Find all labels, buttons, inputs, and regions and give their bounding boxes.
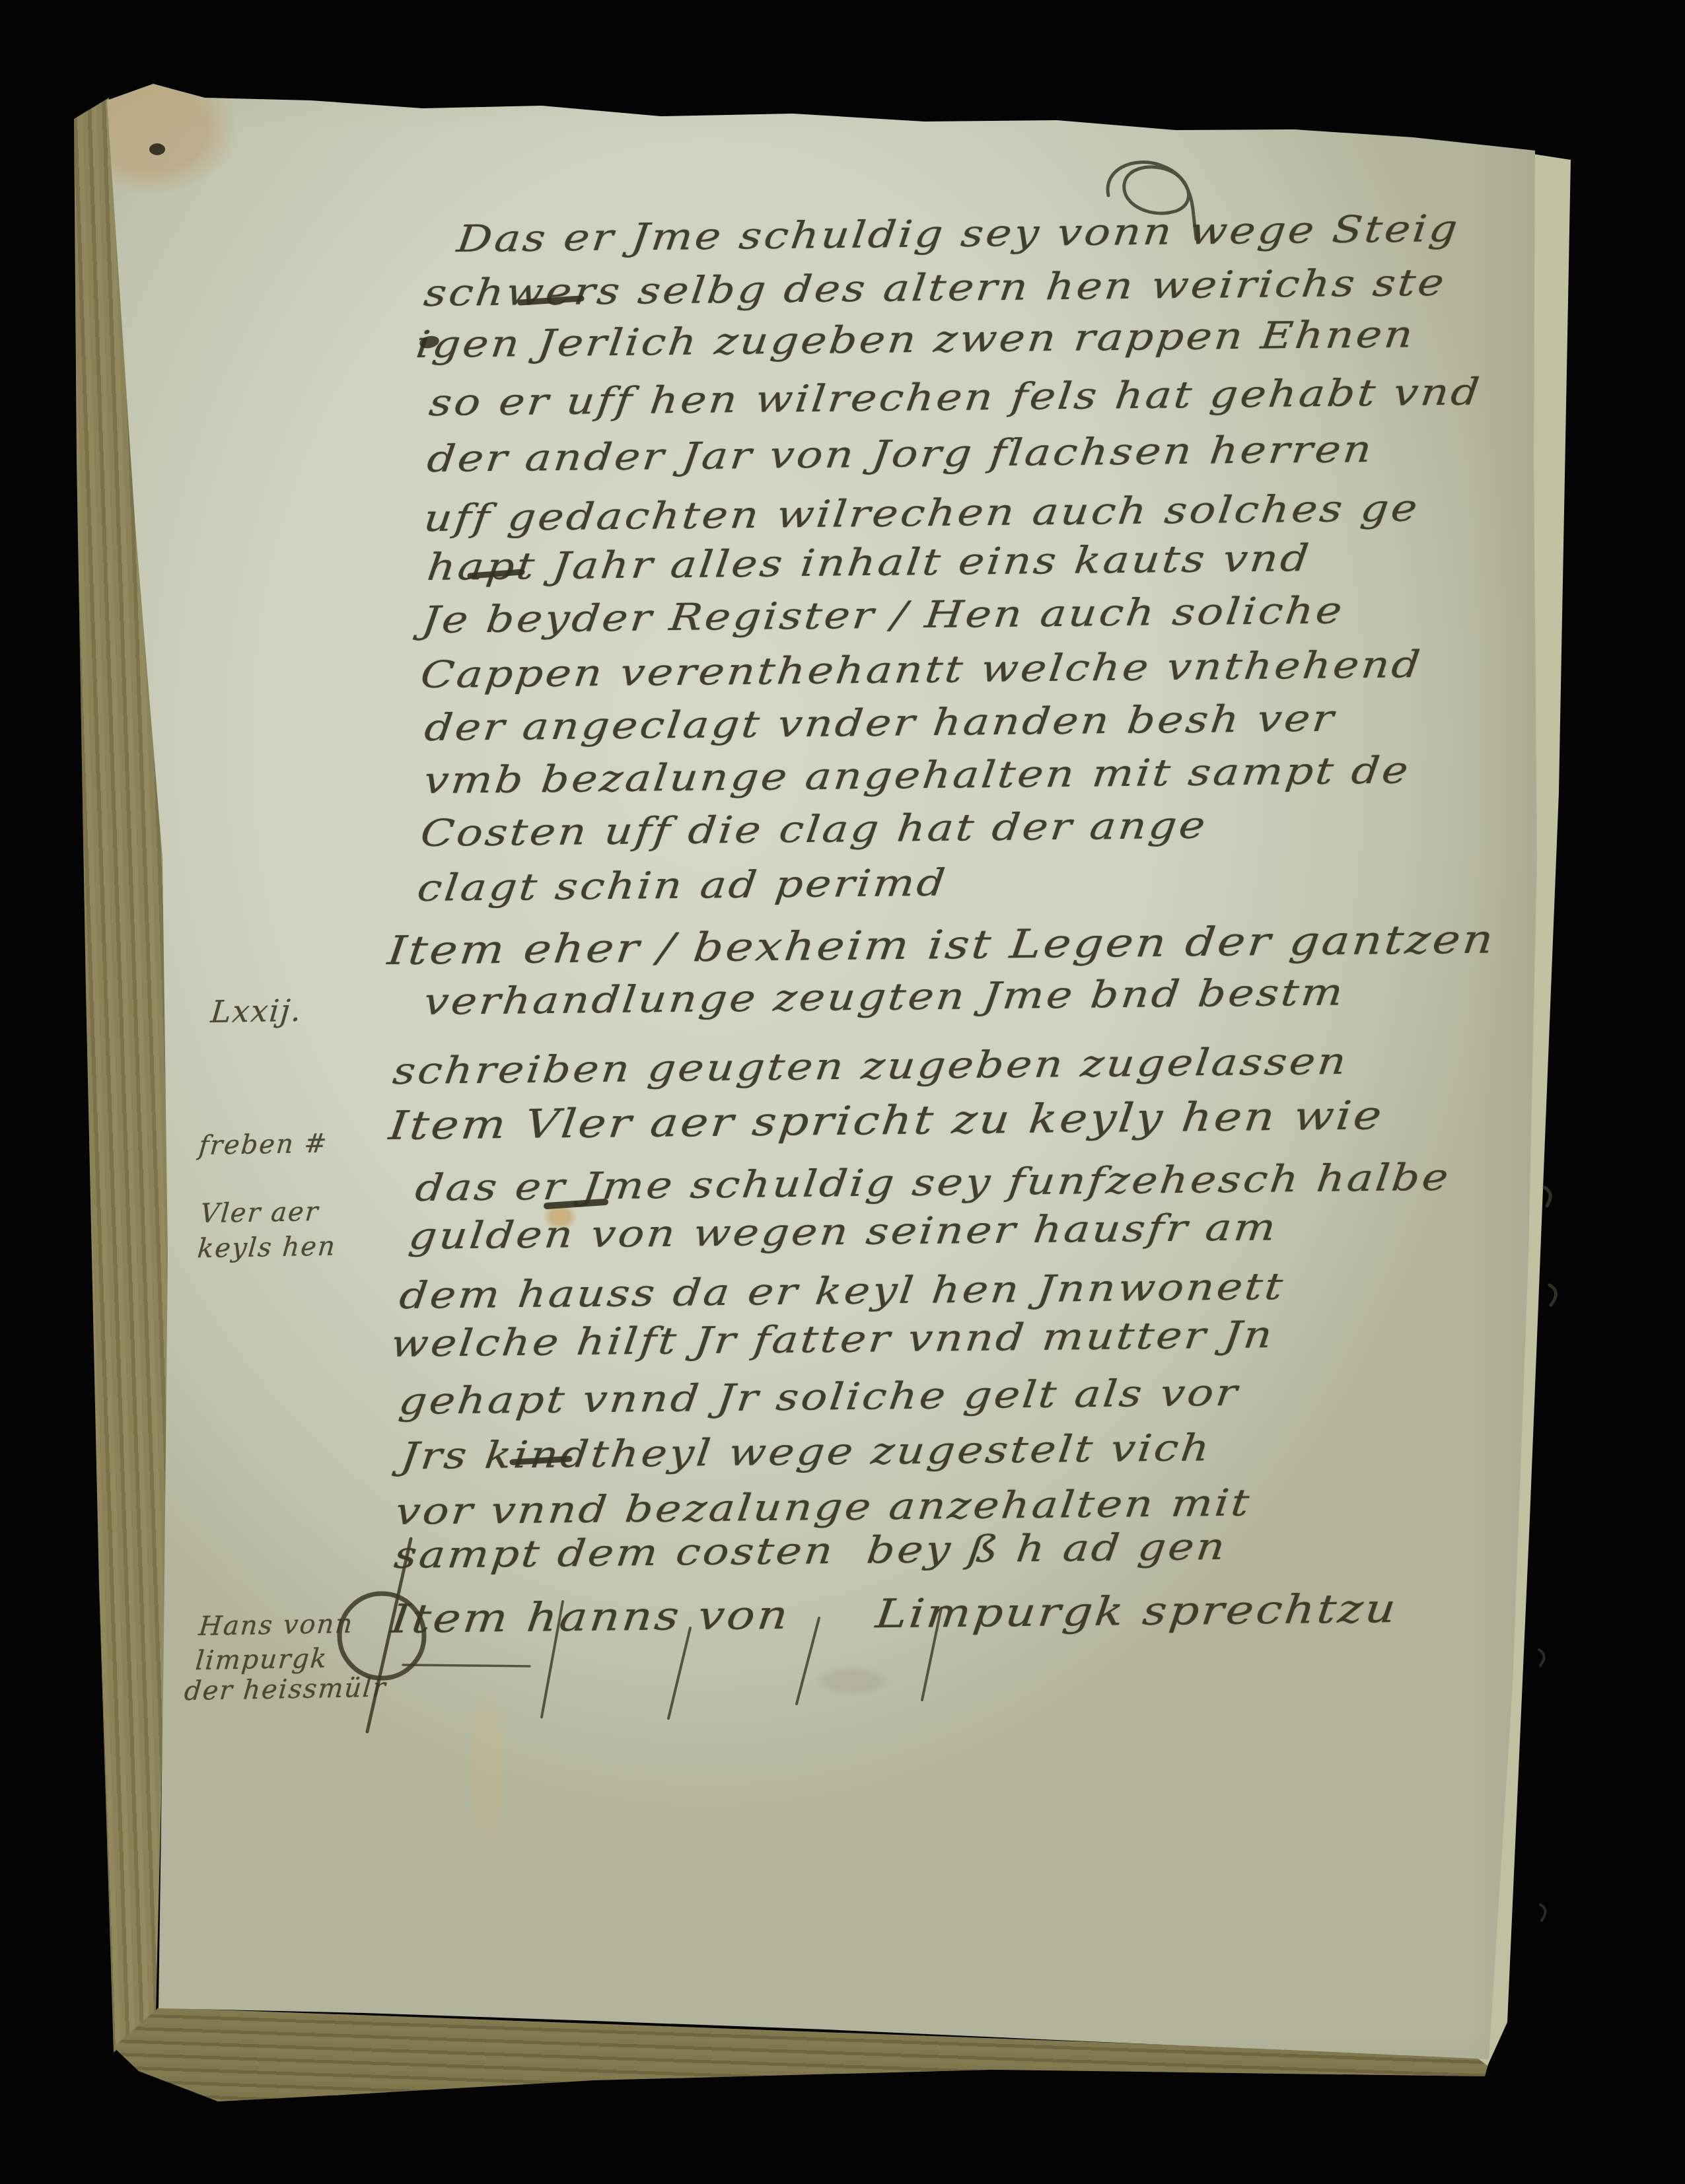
margin-note-bottom: Hans vonn <box>197 1609 355 1642</box>
manuscript-line: schwers selbg des altern hen weirichs st… <box>422 262 1449 315</box>
manuscript-line: schreiben geugten zugeben zugelassen <box>391 1040 1351 1093</box>
handwriting-layer: Das er Jme schuldig sey vonn wege Steig … <box>0 0 1685 2184</box>
manuscript-line: der angeclagt vnder handen besh ver <box>423 697 1338 750</box>
photograph-of-manuscript: { "page": { "text_lines": [ "Das er Jme … <box>0 0 1685 2184</box>
manuscript-line: sampt dem costen bey ß h ad gen <box>392 1526 1229 1577</box>
manuscript-line: das er Jme schuldig sey funfzehesch halb… <box>413 1156 1453 1210</box>
manuscript-line: gehapt vnnd Jr soliche gelt als vor <box>397 1372 1242 1423</box>
manuscript-line: der ander Jar von Jorg flachsen herren <box>425 428 1377 481</box>
manuscript-line: welche hilft Jr fatter vnnd mutter Jn <box>389 1314 1277 1366</box>
manuscript-line: Jrs kindtheyl wege zugestelt vich <box>399 1427 1214 1478</box>
manuscript-line: Costen uff die clag hat der ange <box>419 804 1210 855</box>
manuscript-line: vmb bezalunge angehalten mit sampt de <box>422 749 1413 802</box>
manuscript-line: gulden von wegen seiner hausfr am <box>407 1206 1280 1258</box>
margin-note-party-name: Vler aer <box>199 1197 320 1229</box>
manuscript-line: dem hauss da er keyl hen Jnnwonett <box>398 1265 1287 1318</box>
manuscript-line: Das er Jme schuldig sey vonn wege Steig <box>455 207 1462 261</box>
manuscript-line-paragraph-start: Item hanns von Limpurgk sprechtzu <box>388 1586 1400 1642</box>
manuscript-line-paragraph-start: Item eher / bexheim ist Legen der gantze… <box>385 916 1497 974</box>
manuscript-line: Je beyder Register / Hen auch soliche <box>420 589 1347 642</box>
margin-note-folio-number: Lxxij. <box>209 993 304 1030</box>
margin-note-party-name: keyls hen <box>196 1231 338 1264</box>
margin-note-bottom: limpurgk <box>194 1643 329 1676</box>
manuscript-line: hapt Jahr alles inhalt eins kauts vnd <box>425 537 1313 589</box>
manuscript-line: Cappen verenthehantt welche vnthehend <box>419 643 1425 697</box>
margin-note-bottom: der heissmülr <box>183 1673 388 1707</box>
manuscript-line: verhandlunge zeugten Jme bnd bestm <box>422 971 1347 1024</box>
manuscript-line: so er uff hen wilrechen fels hat gehabt … <box>427 370 1484 425</box>
margin-note-witness-tag: freben # <box>197 1129 329 1161</box>
manuscript-line: uff gedachten wilrechen auch solches ge <box>422 487 1422 540</box>
manuscript-line-paragraph-start: Item Vler aer spricht zu keyly hen wie <box>386 1092 1386 1149</box>
manuscript-line: clagt schin ad perimd <box>415 862 950 910</box>
manuscript-line: igen Jerlich zugeben zwen rappen Ehnen <box>414 313 1417 367</box>
manuscript-line: vor vnnd bezalunge anzehalten mit <box>394 1481 1254 1533</box>
